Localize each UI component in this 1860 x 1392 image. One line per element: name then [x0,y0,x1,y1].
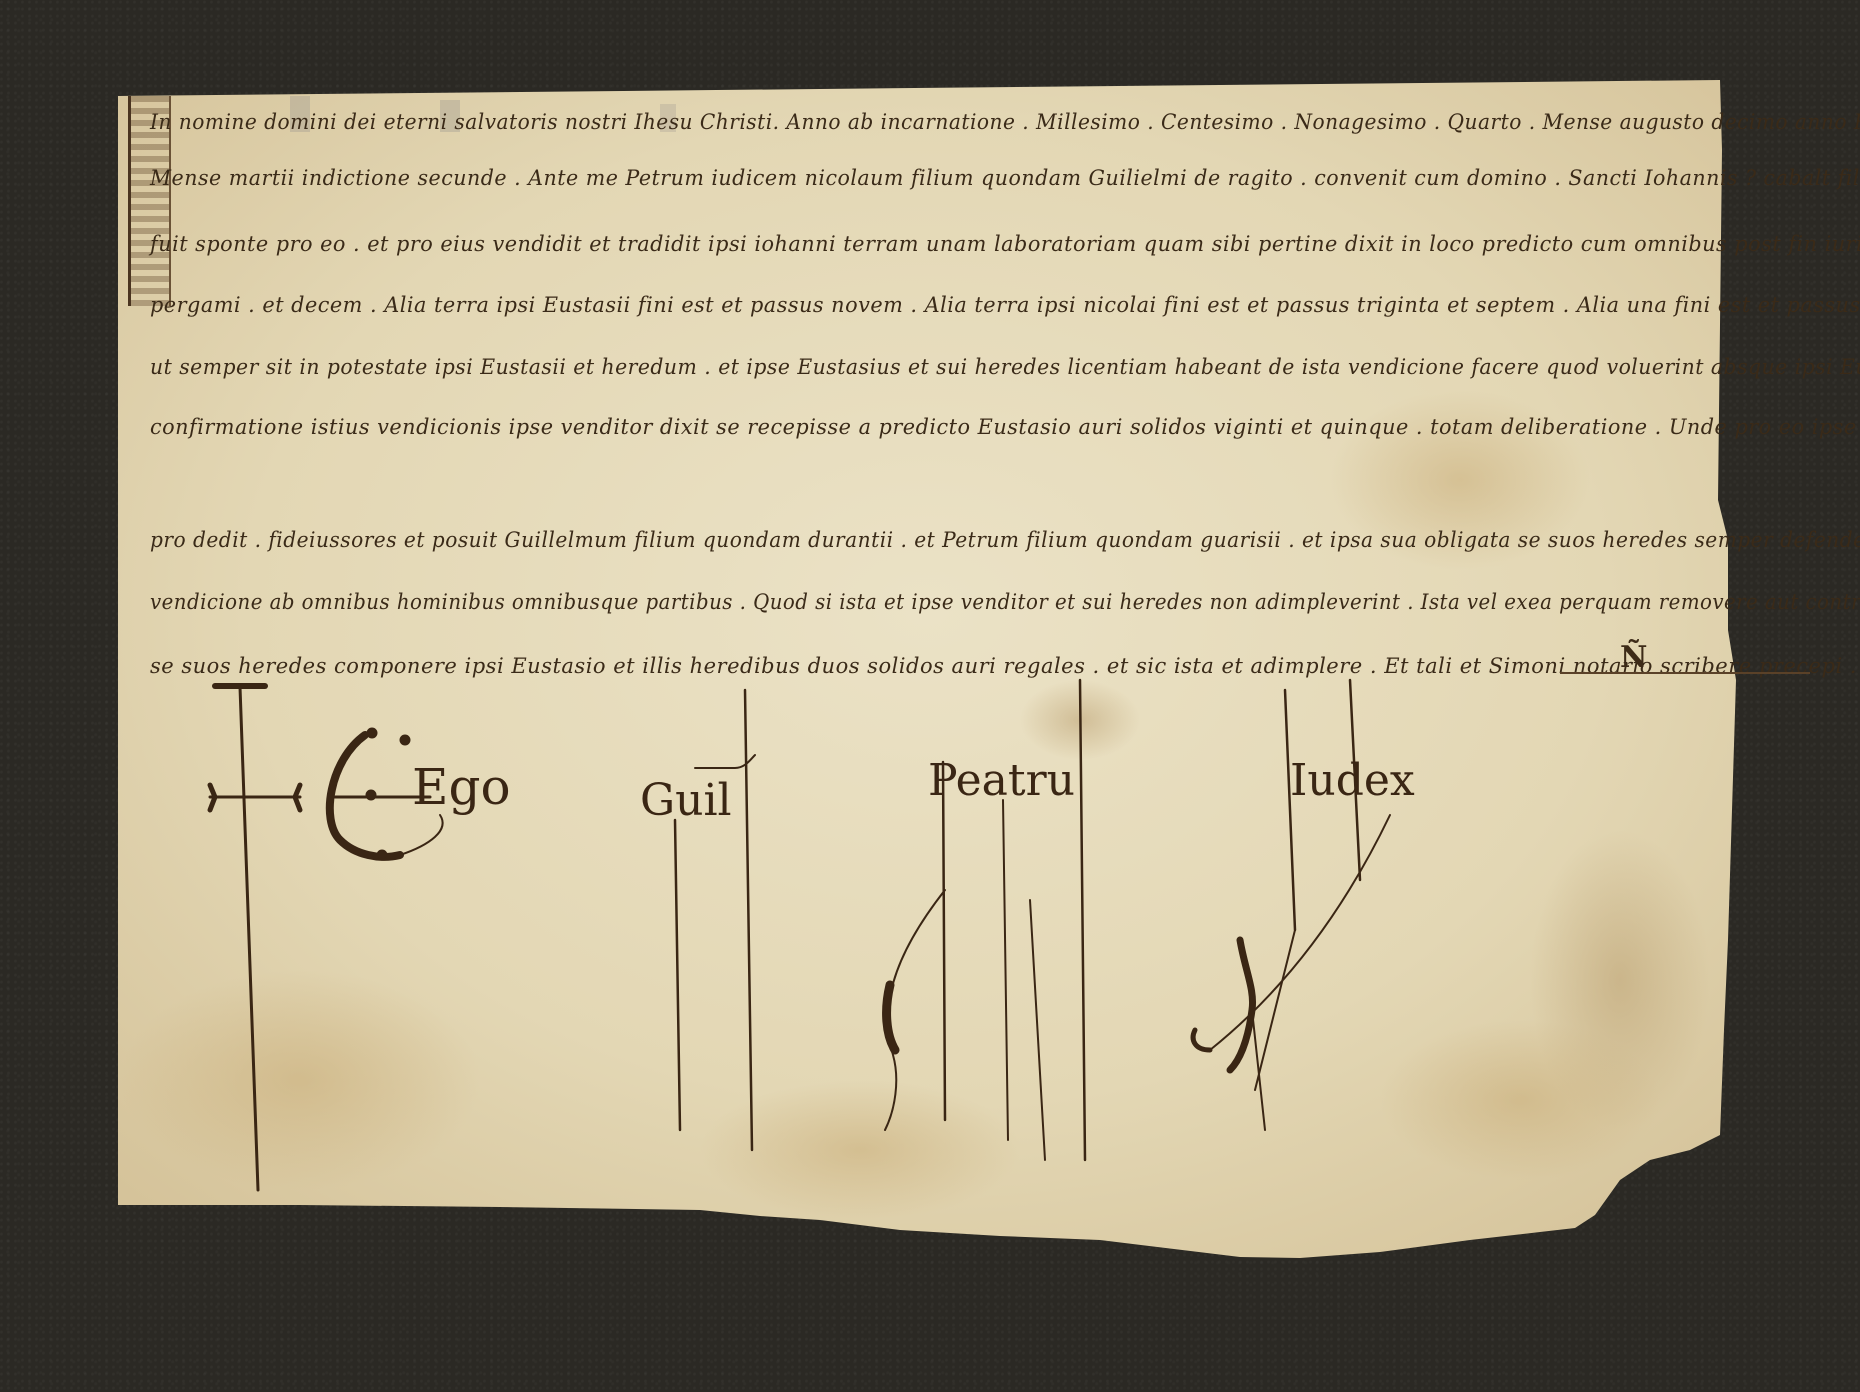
text-line-4: pergami . et decem . Alia terra ipsi Eus… [150,293,1860,317]
notary-sign: Ñ [1620,640,1653,675]
text-line-1: In nomine domini dei eterni salvatoris n… [150,110,1860,134]
signature-word-ego: Ego [412,758,511,816]
signature-word-peatru: Peatru [928,755,1075,806]
text-line-9: se suos heredes componere ipsi Eustasio … [150,654,1857,678]
text-line-6: confirmatione istius vendicionis ipse ve… [150,415,1860,439]
text-line-8: vendicione ab omnibus hominibus omnibusq… [150,590,1860,614]
notary-underline [1560,672,1810,674]
signature-word-iudex: Iudex [1290,755,1415,806]
text-line-7: pro dedit . fideiussores et posuit Guill… [150,528,1860,552]
signature-word-guil: Guil [640,775,732,826]
text-line-5: ut semper sit in potestate ipsi Eustasii… [150,355,1860,379]
parchment-sheet [0,0,1860,1392]
text-line-3: fuit sponte pro eo . et pro eius vendidi… [150,232,1860,256]
document-photograph: In nomine domini dei eterni salvatoris n… [0,0,1860,1392]
text-line-2: Mense martii indictione secunde . Ante m… [150,166,1860,190]
